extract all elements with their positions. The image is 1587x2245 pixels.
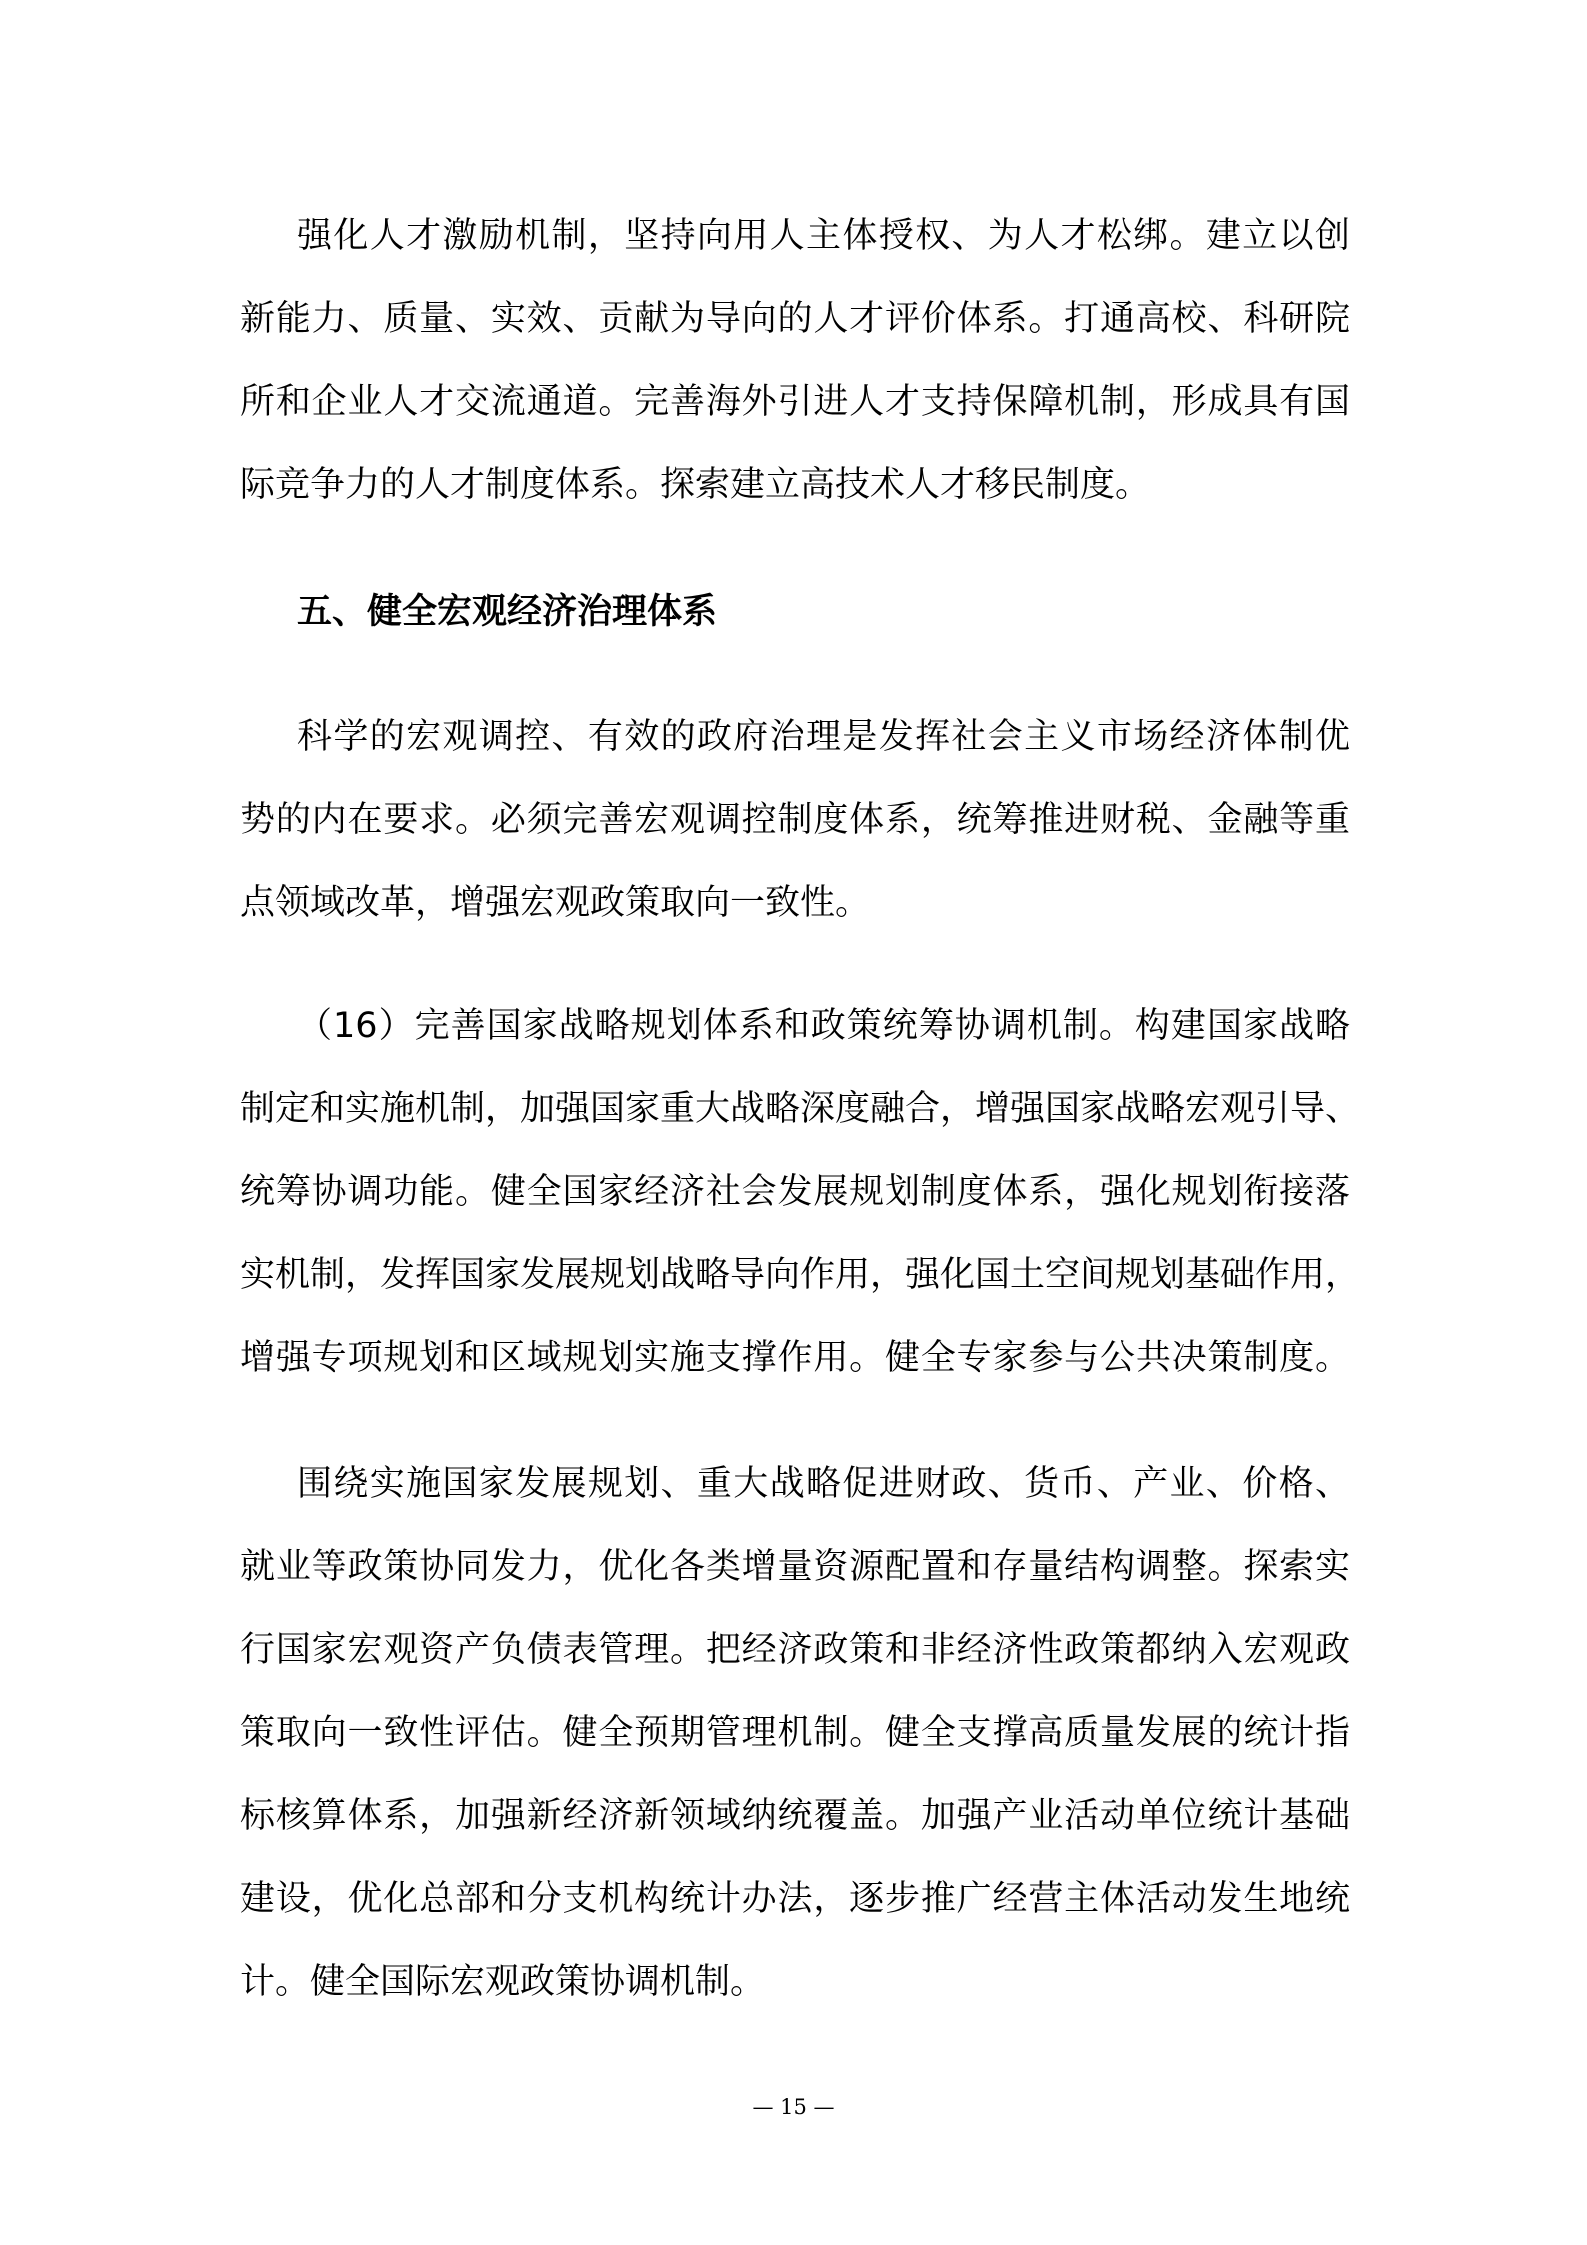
text-line: 际竞争力的人才制度体系。探索建立高技术人才移民制度。 (240, 444, 1350, 527)
text-line: 围绕实施国家发展规划、重大战略促进财政、货币、产业、价格、 (240, 1443, 1350, 1526)
text-line: 新能力、质量、实效、贡献为导向的人才评价体系。打通高校、科研院 (240, 278, 1350, 361)
text-line: 建设，优化总部和分支机构统计办法，逐步推广经营主体活动发生地统 (240, 1858, 1350, 1941)
text-line: 点领域改革，增强宏观政策取向一致性。 (240, 862, 1350, 945)
text-line: 实机制，发挥国家发展规划战略导向作用，强化国土空间规划基础作用， (240, 1234, 1350, 1317)
paragraph-macro-regulation-intro: 科学的宏观调控、有效的政府治理是发挥社会主义市场经济体制优 势的内在要求。必须完… (240, 696, 1350, 945)
document-page: 强化人才激励机制，坚持向用人主体授权、为人才松绑。建立以创 新能力、质量、实效、… (0, 0, 1587, 2245)
text-line: 就业等政策协同发力，优化各类增量资源配置和存量结构调整。探索实 (240, 1526, 1350, 1609)
text-line: 制定和实施机制，加强国家重大战略深度融合，增强国家战略宏观引导、 (240, 1068, 1350, 1151)
text-line: 行国家宏观资产负债表管理。把经济政策和非经济性政策都纳入宏观政 (240, 1609, 1350, 1692)
text-line: 计。健全国际宏观政策协调机制。 (240, 1941, 1350, 2024)
text-line: 势的内在要求。必须完善宏观调控制度体系，统筹推进财税、金融等重 (240, 779, 1350, 862)
paragraph-item-16: （16）完善国家战略规划体系和政策统筹协调机制。构建国家战略 制定和实施机制，加… (240, 985, 1350, 1400)
page-number: — 15 — (0, 2092, 1587, 2122)
text-line: 所和企业人才交流通道。完善海外引进人才支持保障机制，形成具有国 (240, 361, 1350, 444)
paragraph-talent-incentive: 强化人才激励机制，坚持向用人主体授权、为人才松绑。建立以创 新能力、质量、实效、… (240, 195, 1350, 527)
text-line: 增强专项规划和区域规划实施支撑作用。健全专家参与公共决策制度。 (240, 1317, 1350, 1400)
text-line: 强化人才激励机制，坚持向用人主体授权、为人才松绑。建立以创 (240, 195, 1350, 278)
text-line: （16）完善国家战略规划体系和政策统筹协调机制。构建国家战略 (240, 985, 1350, 1068)
text-line: 标核算体系，加强新经济新领域纳统覆盖。加强产业活动单位统计基础 (240, 1775, 1350, 1858)
section-heading: 五、健全宏观经济治理体系 (297, 571, 717, 654)
text-line: 统筹协调功能。健全国家经济社会发展规划制度体系，强化规划衔接落 (240, 1151, 1350, 1234)
paragraph-policy-coordination: 围绕实施国家发展规划、重大战略促进财政、货币、产业、价格、 就业等政策协同发力，… (240, 1443, 1350, 2024)
text-line: 策取向一致性评估。健全预期管理机制。健全支撑高质量发展的统计指 (240, 1692, 1350, 1775)
text-line: 科学的宏观调控、有效的政府治理是发挥社会主义市场经济体制优 (240, 696, 1350, 779)
